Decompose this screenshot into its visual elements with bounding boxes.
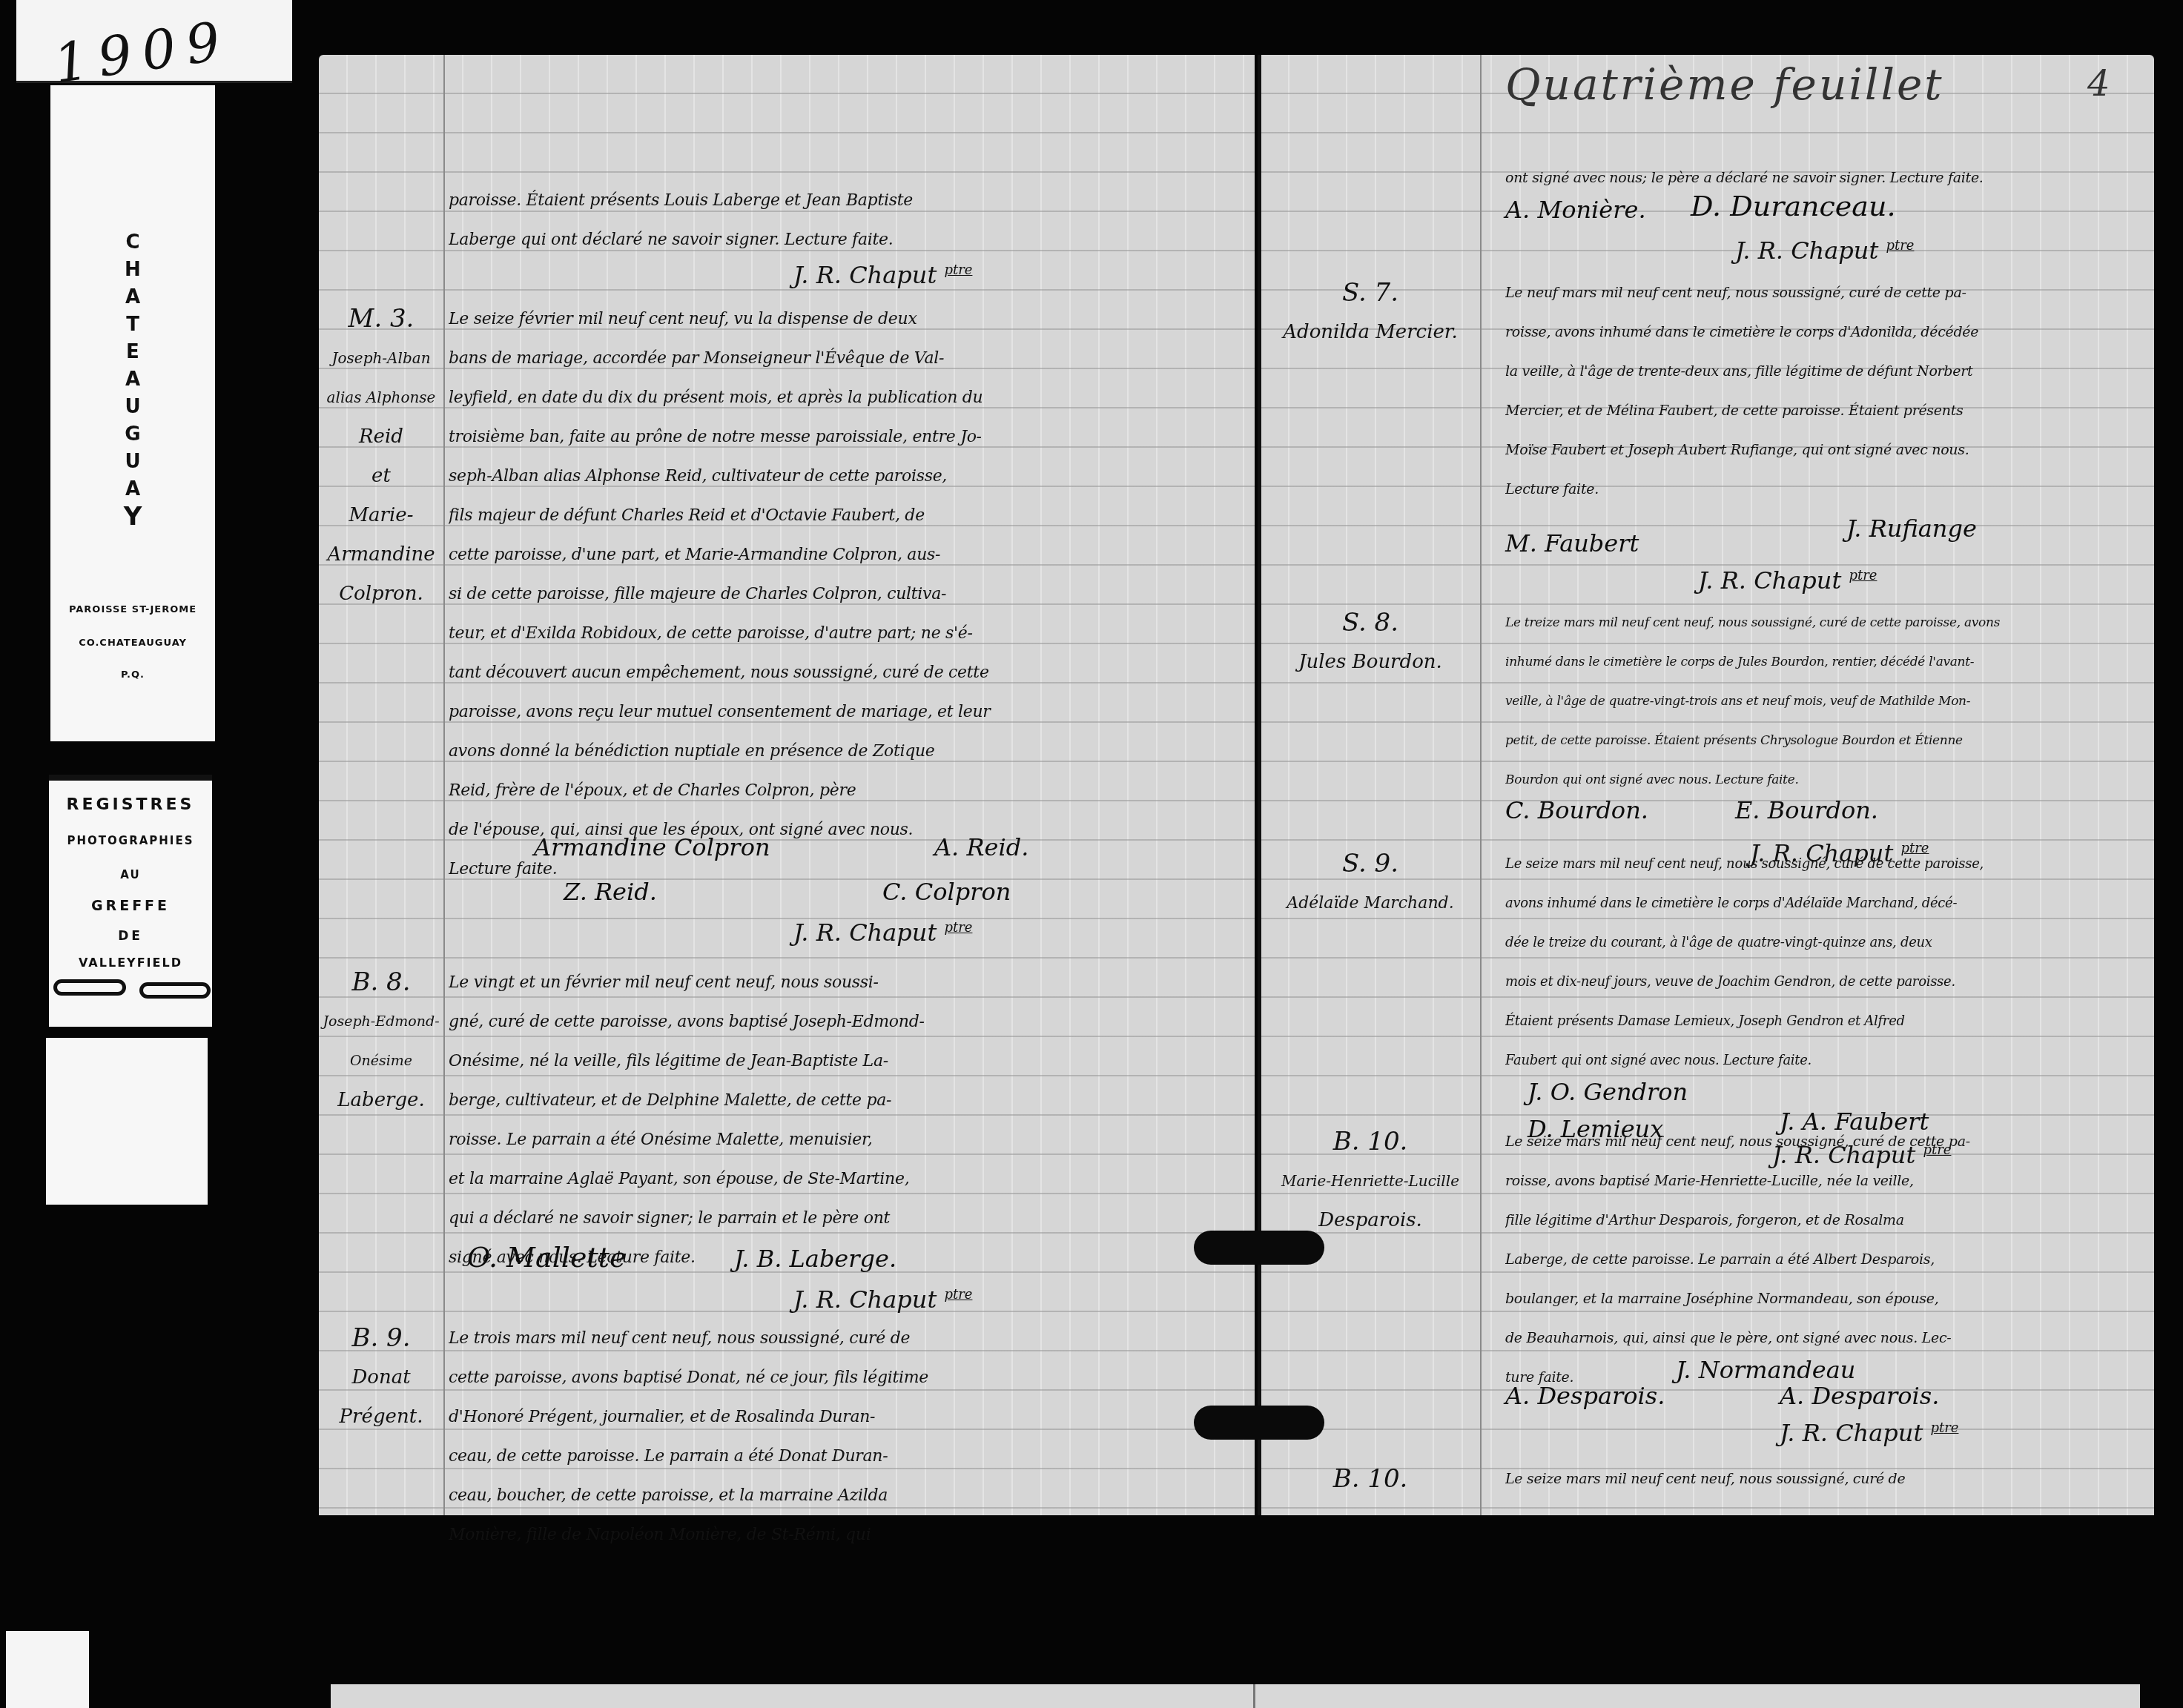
signature: A. Monière. (1505, 196, 1646, 224)
signature: J. Normandeau (1676, 1356, 1855, 1384)
parish-name: PAROISSE ST-JEROME (53, 604, 212, 615)
vertical-place-name: C H A T E A U G U A Y (50, 234, 215, 526)
register-page-right: ont signé avec nous; le père a déclaré n… (1261, 55, 2154, 1515)
folio-number: 4 (2087, 63, 2110, 105)
signature: O. Mallette (467, 1241, 626, 1274)
signature: Z. Reid. (564, 878, 657, 906)
entry-margin-s8: S. 8. Jules Bourdon. (1261, 603, 1480, 682)
year-label: 1909 (16, 0, 292, 83)
next-microfilm-frame (331, 1684, 2140, 1708)
entry-text-s9: Le seize mars mil neuf cent neuf, nous s… (1505, 844, 2143, 1080)
signature: E. Bourdon. (1735, 796, 1878, 824)
priest-signature: J. R. Chaput ptre (1780, 1419, 1958, 1447)
signature: A. Desparois. (1505, 1382, 1665, 1410)
binding-ring-icon (1194, 1231, 1324, 1265)
registry-label: REGISTRES PHOTOGRAPHIES AU GREFFE DE VAL… (49, 775, 212, 1027)
entry-text-m3: Le seize février mil neuf cent neuf, vu … (449, 299, 1242, 889)
entry-margin-s9: S. 9. Adélaïde Marchand. (1261, 844, 1480, 923)
continuation-text: paroisse. Étaient présents Louis Laberge… (449, 181, 1235, 259)
label-blank (46, 1038, 208, 1205)
county-name: CO.CHATEAUGUAY (53, 638, 212, 649)
signature: M. Faubert (1505, 529, 1639, 557)
next-frame-label (6, 1631, 89, 1708)
paperclip-icon (53, 979, 126, 996)
parish-label: C H A T E A U G U A Y PAROISSE ST-JEROME… (50, 85, 215, 741)
signature: J. Rufiange (1846, 514, 1977, 543)
priest-signature: J. R. Chaput ptre (793, 1285, 972, 1314)
entry-margin-m3: M. 3. Joseph-Alban alias Alphonse Reid e… (319, 299, 443, 614)
province: P.Q. (53, 669, 212, 681)
paperclip-icon (139, 982, 211, 999)
signature: J. B. Laberge. (734, 1245, 896, 1273)
margin-rule (1253, 1684, 1255, 1708)
entry-margin-s7: S. 7. Adonilda Mercier. (1261, 274, 1480, 352)
entry-text-b9: Le trois mars mil neuf cent neuf, nous s… (449, 1319, 1242, 1555)
signature: C. Bourdon. (1505, 796, 1648, 824)
entry-margin-b10-next: B. 10. (1261, 1460, 1480, 1499)
year-text: 1909 (50, 9, 234, 95)
signature: A. Desparois. (1780, 1382, 1939, 1410)
priest-signature: J. R. Chaput ptre (1698, 566, 1877, 595)
page-header-title: Quatrième feuillet (1505, 59, 1944, 110)
book-gutter (1258, 55, 1261, 1515)
priest-signature: J. R. Chaput ptre (1735, 236, 1914, 265)
entry-margin-b9: B. 9. Donat Prégent. (319, 1319, 443, 1437)
entry-text-b10-next: Le seize mars mil neuf cent neuf, nous s… (1505, 1460, 2143, 1499)
entry-text-b8: Le vingt et un février mil neuf cent neu… (449, 963, 1242, 1277)
entry-text-s8: Le treize mars mil neuf cent neuf, nous … (1505, 603, 2143, 800)
margin-rule (443, 55, 445, 1515)
signature: C. Colpron (882, 878, 1011, 906)
signature: A. Reid. (934, 833, 1028, 861)
priest-signature: J. R. Chaput ptre (793, 261, 972, 289)
signature: D. Duranceau. (1691, 190, 1895, 222)
signature: Armandine Colpron (534, 833, 770, 861)
signature: J. O. Gendron (1528, 1078, 1688, 1106)
entry-margin-b10: B. 10. Marie-Henriette-Lucille Desparois… (1261, 1122, 1480, 1240)
register-page-left: paroisse. Étaient présents Louis Laberge… (319, 55, 1255, 1515)
priest-signature: J. R. Chaput ptre (793, 918, 972, 947)
margin-rule (1480, 55, 1482, 1515)
entry-margin-b8: B. 8. Joseph-Edmond-Onésime Laberge. (319, 963, 443, 1120)
entry-code: M. 3. (319, 299, 443, 339)
binding-ring-icon (1194, 1406, 1324, 1440)
entry-text-s7: Le neuf mars mil neuf cent neuf, nous so… (1505, 274, 2143, 509)
